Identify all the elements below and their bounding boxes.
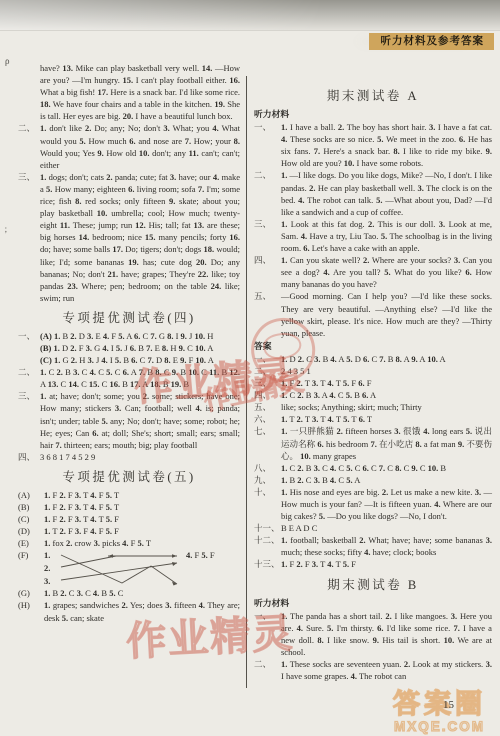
block-text: 1. F 2. T 3. T 4. T 5. F 6. F: [281, 378, 372, 388]
answer-block: 二、 2 4 3 5 1: [254, 365, 492, 377]
scanned-answer-page: { "banner": { "label": "听力材料及参考答案" }, "m…: [0, 0, 500, 736]
answer-block: 期末测试卷 A: [254, 88, 492, 104]
block-text: 1. football; basketball 2. What; have; h…: [281, 535, 492, 557]
answer-block: (C) 1. F 2. F 3. T 4. T 5. F: [18, 513, 240, 525]
match-number: 1.: [44, 549, 58, 562]
section-banner-label: 听力材料及参考答案: [369, 33, 495, 50]
block-text: 专项提优测试卷(五): [62, 470, 195, 484]
answer-block: 二、 1. These socks are seventeen yuan. 2.…: [254, 658, 492, 682]
block-label: (H): [18, 599, 30, 611]
block-label: 三、: [18, 390, 35, 402]
block-label: 一、: [254, 610, 271, 622]
block-text: (A) 1. B 2. D 3. E 4. F 5. A 6. C 7. G 8…: [40, 331, 213, 341]
block-text: —Good morning. Can I help you? —I'd like…: [281, 291, 492, 337]
answer-block: 七、 1. 一只胖熊猫 2. fifteen horses 3. 很饿 4. l…: [254, 425, 492, 461]
column-divider: [246, 76, 247, 688]
block-label: 八、: [254, 462, 271, 474]
block-label: 四、: [18, 451, 35, 463]
scan-margin-mark: ；: [4, 224, 12, 235]
block-label: 十三、: [254, 558, 280, 570]
block-label: 二、: [254, 658, 271, 670]
answer-block: 十二、 1. football; basketball 2. What; hav…: [254, 534, 492, 558]
block-text: 3 6 8 1 7 4 5 2 9: [40, 452, 95, 462]
block-text: 1. F 2. F 3. T 4. F 5. T: [44, 502, 119, 512]
answer-block: (B) 1. F 2. F 3. T 4. F 5. T: [18, 501, 240, 513]
answer-block: 一、 1. D 2. C 3. B 4. A 5. D 6. C 7. B 8.…: [254, 353, 492, 365]
block-label: 一、: [18, 330, 35, 342]
block-label: (G): [18, 587, 30, 599]
answer-block: 三、 1. Look at this fat dog. 2. This is o…: [254, 218, 492, 254]
block-text: 1. T 2. T 3. T 4. T 5. T 6. T: [281, 414, 372, 424]
block-text: 1. grapes; sandwiches 2. Yes; does 3. fi…: [44, 600, 240, 622]
block-text: 1. I have a ball. 2. The boy has short h…: [281, 122, 492, 168]
answer-block: 三、 1. dogs; don't; cats 2. panda; cute; …: [18, 171, 240, 304]
answer-block: 答案: [254, 340, 492, 352]
block-text: 2 4 3 5 1: [281, 366, 311, 376]
answer-block: 二、 1. C 2. B 3. C 4. C 5. C 6. A 7. B 8.…: [18, 366, 240, 390]
page-number: 15: [443, 699, 454, 711]
block-label: 四、: [254, 254, 271, 266]
block-text: 听力材料: [254, 109, 289, 119]
match-extra-answers: 4. F 5. F: [186, 549, 215, 562]
answer-block: (E) 1. fox 2. crow 3. picks 4. F 5. T: [18, 537, 240, 549]
block-text: 1. C 2. B 3. C 4. C 5. C 6. A 7. B 8. C …: [40, 367, 240, 389]
site-watermark: 答案圈 MXQE.COM: [393, 682, 486, 734]
block-label: (E): [18, 537, 29, 549]
block-text: like; socks; Anything; skirt; much; Thir…: [281, 402, 422, 412]
block-label: 二、: [18, 366, 35, 378]
answer-block: 八、 1. C 2. B 3. C 4. C 5. C 6. C 7. C 8.…: [254, 462, 492, 474]
answer-block: 十、 1. His nose and eyes are big. 2. Let …: [254, 486, 492, 522]
right-column: 期末测试卷 A 听力材料 一、 1. I have a ball. 2. The…: [254, 82, 492, 682]
block-text: 1. B 2. C 3. C 4. B 5. C: [44, 588, 123, 598]
answer-block: 四、 3 6 8 1 7 4 5 2 9: [18, 451, 240, 463]
block-label: 二、: [18, 122, 35, 134]
answer-block: 三、 1. at; have; don't; some; you 2. some…: [18, 390, 240, 450]
answer-block: 四、 1. C 2. B 3. A 4. C 5. B 6. A: [254, 389, 492, 401]
block-label: 七、: [254, 425, 271, 437]
block-text: 1. C 2. B 3. A 4. C 5. B 6. A: [281, 390, 376, 400]
site-watermark-logo: 答案圈: [393, 682, 486, 721]
block-label: 九、: [254, 474, 271, 486]
block-text: 1. 一只胖熊猫 2. fifteen horses 3. 很饿 4. long…: [281, 426, 492, 460]
block-text: B E A D C: [281, 523, 317, 533]
answer-block: 五、 like; socks; Anything; skirt; much; T…: [254, 401, 492, 413]
answer-block: 五、 —Good morning. Can I help you? —I'd l…: [254, 290, 492, 338]
block-text: (C) 1. G 2. H 3. J 4. I 5. B 6. C 7. D 8…: [40, 355, 214, 365]
answer-block: 二、 1. don't like 2. Do; any; No; don't 3…: [18, 122, 240, 170]
block-text: 期末测试卷 A: [327, 89, 419, 103]
answer-block: (A) 1. F 2. F 3. T 4. F 5. T: [18, 489, 240, 501]
block-text: 1. The panda has a short tail. 2. I like…: [281, 611, 492, 657]
block-text: 1. His nose and eyes are big. 2. Let us …: [281, 487, 492, 521]
answer-block: have? 13. Mike can play basketball very …: [18, 62, 240, 122]
block-text: 期末测试卷 B: [327, 578, 418, 592]
block-text: 1. fox 2. crow 3. picks 4. F 5. T: [44, 538, 151, 548]
block-label: (B): [18, 501, 29, 513]
answer-block: 四、 1. Can you skate well? 2. Where are y…: [254, 254, 492, 290]
answer-block: (B) 1. D 2. F 3. G 4. I 5. J 6. B 7. E 8…: [18, 342, 240, 354]
block-label: 五、: [254, 290, 271, 302]
block-label: 三、: [254, 218, 271, 230]
answer-block: 专项提优测试卷(五): [18, 469, 240, 485]
right-column-blocks: 期末测试卷 A 听力材料 一、 1. I have a ball. 2. The…: [254, 88, 492, 682]
block-label: (D): [18, 525, 30, 537]
block-label: 二、: [254, 169, 271, 181]
answer-block: 十三、 1. F 2. F 3. T 4. T 5. F: [254, 558, 492, 570]
block-text: 1. Can you skate well? 2. Where are your…: [281, 255, 492, 289]
block-text: have? 13. Mike can play basketball very …: [40, 63, 240, 121]
block-label: 十二、: [254, 534, 280, 546]
answer-block: (H) 1. grapes; sandwiches 2. Yes; does 3…: [18, 599, 240, 623]
block-label: 五、: [254, 401, 271, 413]
left-column: have? 13. Mike can play basketball very …: [18, 62, 240, 624]
answer-block: 二、 1. —I like dogs. Do you like dogs, Mi…: [254, 169, 492, 217]
block-text: 专项提优测试卷(四): [62, 311, 195, 325]
answer-block: (C) 1. G 2. H 3. J 4. I 5. B 6. C 7. D 8…: [18, 354, 240, 366]
block-text: 1. —I like dogs. Do you like dogs, Mike?…: [281, 170, 492, 216]
block-label: (C): [18, 513, 29, 525]
answer-block: 听力材料: [254, 108, 492, 120]
block-text: 1. These socks are seventeen yuan. 2. Lo…: [281, 659, 492, 681]
block-label: 三、: [254, 377, 271, 389]
block-label: 十一、: [254, 522, 280, 534]
match-number: 2.: [44, 562, 58, 575]
answer-block: 九、 1. B 2. C 3. B 4. C 5. A: [254, 474, 492, 486]
matching-exercise: 1. 2. 3.: [44, 549, 240, 588]
block-text: 听力材料: [254, 598, 289, 608]
block-text: 1. Look at this fat dog. 2. This is our …: [281, 219, 492, 253]
block-text: 1. C 2. B 3. C 4. C 5. C 6. C 7. C 8. C …: [281, 463, 446, 473]
block-label: 二、: [254, 365, 271, 377]
answer-block: 专项提优测试卷(四): [18, 310, 240, 326]
answer-block: 听力材料: [254, 597, 492, 609]
scan-margin-mark: ρ: [5, 56, 10, 66]
scan-top-shading-band: [0, 0, 500, 31]
block-label: 六、: [254, 413, 271, 425]
match-number: 3.: [44, 575, 58, 588]
answer-block: (D) 1. T 2. F 3. F 4. F 5. F: [18, 525, 240, 537]
answer-block: 一、 1. The panda has a short tail. 2. I l…: [254, 610, 492, 658]
block-text: 1. F 2. F 3. T 4. F 5. T: [44, 490, 119, 500]
block-text: 1. D 2. C 3. B 4. A 5. D 6. C 7. B 8. A …: [281, 354, 446, 364]
block-label: (A): [18, 489, 30, 501]
answer-block: 六、 1. T 2. T 3. T 4. T 5. T 6. T: [254, 413, 492, 425]
block-text: 1. dogs; don't; cats 2. panda; cute; fat…: [40, 172, 240, 303]
block-label: 十、: [254, 486, 271, 498]
block-text: (B) 1. D 2. F 3. G 4. I 5. J 6. B 7. E 8…: [40, 343, 213, 353]
block-text: 1. at; have; don't; some; you 2. some; s…: [40, 391, 240, 449]
match-numbers: 1. 2. 3.: [44, 549, 58, 587]
answer-block: 一、 1. I have a ball. 2. The boy has shor…: [254, 121, 492, 169]
scan-top-highlight: [0, 0, 320, 30]
site-watermark-url: MXQE.COM: [393, 719, 486, 734]
block-text: 1. F 2. F 3. T 4. T 5. F: [44, 514, 119, 524]
answer-block: 十一、 B E A D C: [254, 522, 492, 534]
answer-block: 三、 1. F 2. T 3. T 4. T 5. F 6. F: [254, 377, 492, 389]
match-item-f: (F) 1. 2. 3.: [18, 549, 240, 587]
block-text: 1. B 2. C 3. B 4. C 5. A: [281, 475, 360, 485]
block-text: 答案: [254, 341, 272, 351]
block-label: 一、: [254, 121, 271, 133]
left-column-blocks-lower: (G) 1. B 2. C 3. C 4. B 5. C (H) 1. grap…: [18, 587, 240, 623]
answer-block: 期末测试卷 B: [254, 577, 492, 593]
block-text: 1. T 2. F 3. F 4. F 5. F: [44, 526, 119, 536]
answer-block: (G) 1. B 2. C 3. C 4. B 5. C: [18, 587, 240, 599]
left-column-blocks-upper: have? 13. Mike can play basketball very …: [18, 62, 240, 549]
block-text: 1. F 2. F 3. T 4. T 5. F: [281, 559, 356, 569]
block-label: 一、: [254, 353, 271, 365]
matching-lines-diagram: [58, 550, 180, 588]
block-text: 1. don't like 2. Do; any; No; don't 3. W…: [40, 123, 240, 169]
answer-block: 一、 (A) 1. B 2. D 3. E 4. F 5. A 6. C 7. …: [18, 330, 240, 342]
block-label: 三、: [18, 171, 35, 183]
block-label: (F): [18, 549, 28, 561]
block-label: 四、: [254, 389, 271, 401]
